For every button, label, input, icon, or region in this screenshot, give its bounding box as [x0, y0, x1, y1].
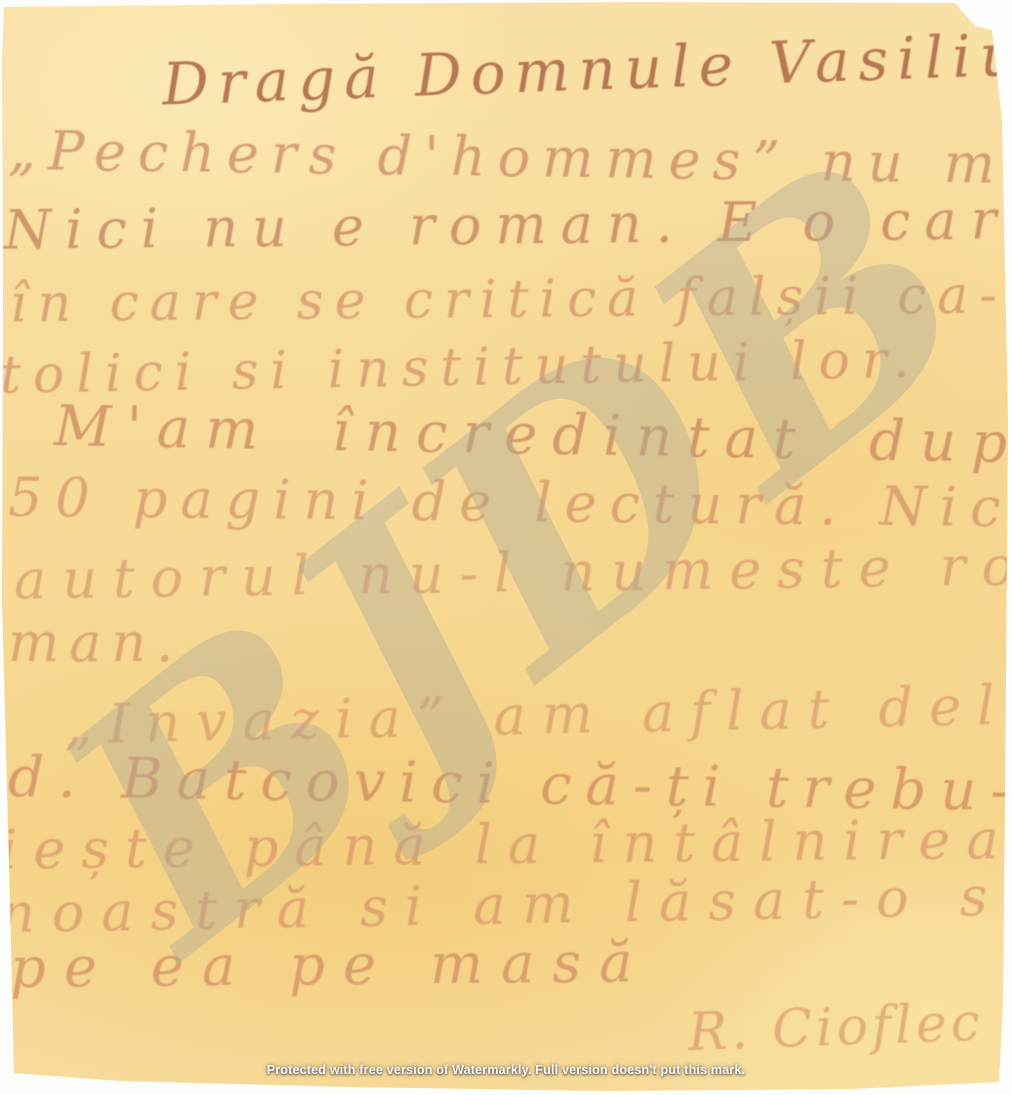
letter-paper: Dragă Domnule Vasiliu, „Pechers d'hommes…: [0, 0, 1012, 1095]
handwriting-line: autorul nu-l numeste ro-: [14, 539, 1012, 608]
handwriting-line: M'am încredintat după: [54, 399, 1012, 473]
handwriting-line: „Invazia” am aflat dela: [64, 678, 1012, 753]
handwriting-line: „Pechers d'hommes” nu merge: [8, 124, 1012, 194]
handwriting-line: man.: [8, 616, 183, 670]
handwriting-line: 50 pagini de lectură. Nici: [8, 471, 1012, 536]
watermarkly-notice: Protected with free version of Watermark…: [0, 1061, 1012, 1079]
handwriting-line: noastră si am lăsat-o si: [0, 869, 1012, 941]
letter-scan: Dragă Domnule Vasiliu, „Pechers d'hommes…: [0, 0, 1012, 1095]
salutation-line: Dragă Domnule Vasiliu,: [161, 24, 1012, 113]
signature-line: R. Cioflec: [687, 997, 984, 1059]
handwriting-line: pe ea pe masă: [10, 935, 651, 997]
handwriting-line: Nici nu e roman. E o carte: [4, 192, 1012, 257]
handwriting-line: tolici si institutului lor.: [0, 334, 922, 402]
handwriting-line: în care se critică falșii ca-: [10, 270, 1008, 331]
